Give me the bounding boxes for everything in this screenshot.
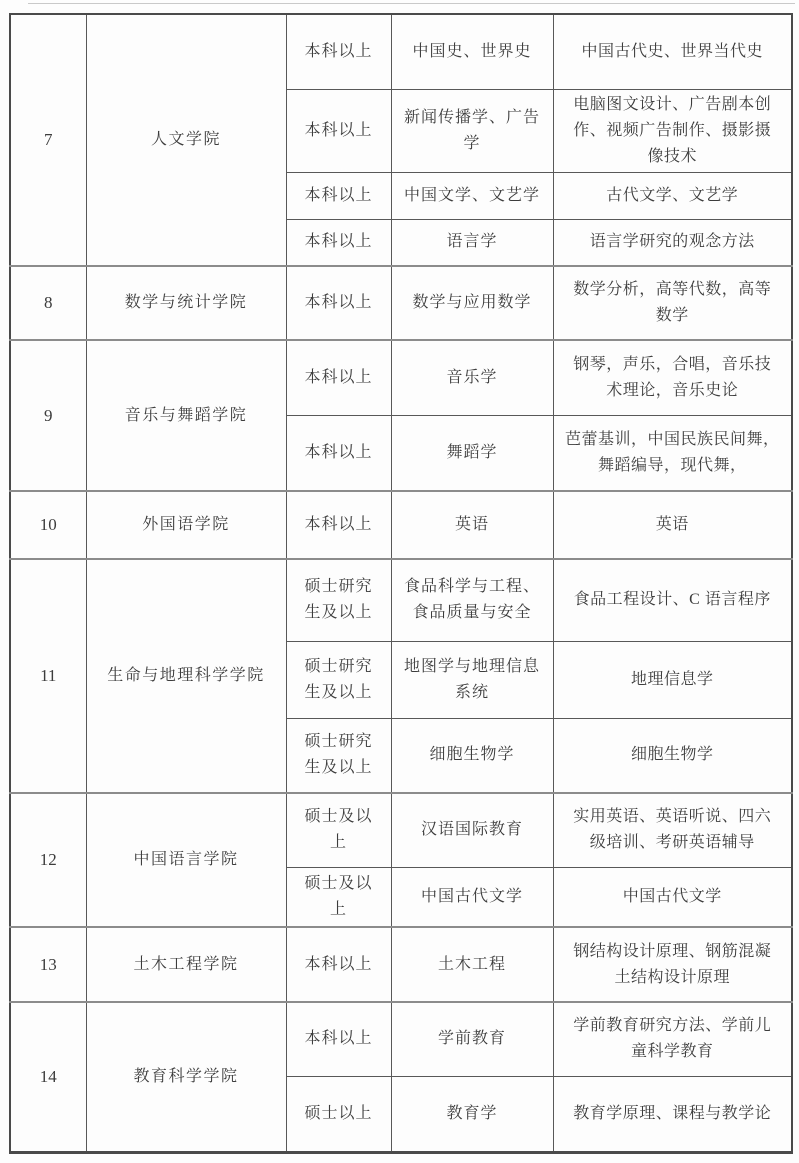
row-number-cell: 8 (10, 266, 86, 340)
major-cell: 汉语国际教育 (391, 793, 553, 867)
college-cell: 土木工程学院 (86, 927, 286, 1002)
college-cell: 外国语学院 (86, 491, 286, 559)
degree-cell: 本科以上 (286, 340, 391, 415)
courses-cell: 实用英语、英语听说、四六 级培训、考研英语辅导 (553, 793, 792, 867)
degree-cell: 本科以上 (286, 415, 391, 491)
degree-cell: 本科以上 (286, 172, 391, 219)
table-row: 9音乐与舞蹈学院本科以上音乐学钢琴，声乐，合唱，音乐技 术理论，音乐史论 (10, 340, 792, 415)
row-number-cell: 7 (10, 14, 86, 266)
courses-cell: 钢琴，声乐，合唱，音乐技 术理论，音乐史论 (553, 340, 792, 415)
row-number-cell: 13 (10, 927, 86, 1002)
courses-cell: 钢结构设计原理、钢筋混凝 土结构设计原理 (553, 927, 792, 1002)
courses-cell: 中国古代文学 (553, 867, 792, 927)
recruitment-table: 7人文学院本科以上中国史、世界史中国古代史、世界当代史本科以上新闻传播学、广告 … (9, 13, 793, 1154)
courses-cell: 中国古代史、世界当代史 (553, 14, 792, 89)
college-cell: 生命与地理科学学院 (86, 559, 286, 793)
major-cell: 音乐学 (391, 340, 553, 415)
degree-cell: 硕士研究 生及以上 (286, 718, 391, 793)
major-cell: 新闻传播学、广告 学 (391, 89, 553, 172)
degree-cell: 本科以上 (286, 89, 391, 172)
courses-cell: 食品工程设计、C 语言程序 (553, 559, 792, 641)
courses-cell: 电脑图文设计、广告剧本创 作、视频广告制作、摄影摄 像技术 (553, 89, 792, 172)
major-cell: 细胞生物学 (391, 718, 553, 793)
row-number-cell: 12 (10, 793, 86, 927)
degree-cell: 本科以上 (286, 491, 391, 559)
table-row: 14教育科学学院本科以上学前教育学前教育研究方法、学前儿 童科学教育 (10, 1002, 792, 1076)
college-cell: 中国语言学院 (86, 793, 286, 927)
college-cell: 数学与统计学院 (86, 266, 286, 340)
degree-cell: 本科以上 (286, 927, 391, 1002)
table-row: 12中国语言学院硕士及以 上汉语国际教育实用英语、英语听说、四六 级培训、考研英… (10, 793, 792, 867)
row-number-cell: 9 (10, 340, 86, 491)
table-row: 13土木工程学院本科以上土木工程钢结构设计原理、钢筋混凝 土结构设计原理 (10, 927, 792, 1002)
degree-cell: 本科以上 (286, 266, 391, 340)
courses-cell: 古代文学、文艺学 (553, 172, 792, 219)
major-cell: 中国文学、文艺学 (391, 172, 553, 219)
major-cell: 英语 (391, 491, 553, 559)
degree-cell: 本科以上 (286, 219, 391, 266)
table-row: 7人文学院本科以上中国史、世界史中国古代史、世界当代史 (10, 14, 792, 89)
major-cell: 食品科学与工程、 食品质量与安全 (391, 559, 553, 641)
table-row: 8数学与统计学院本科以上数学与应用数学数学分析，高等代数，高等 数学 (10, 266, 792, 340)
row-number-cell: 14 (10, 1002, 86, 1152)
row-number-cell: 10 (10, 491, 86, 559)
degree-cell: 硕士及以 上 (286, 793, 391, 867)
degree-cell: 硕士及以 上 (286, 867, 391, 927)
college-cell: 人文学院 (86, 14, 286, 266)
degree-cell: 硕士研究 生及以上 (286, 559, 391, 641)
degree-cell: 本科以上 (286, 1002, 391, 1076)
table-row: 11生命与地理科学学院硕士研究 生及以上食品科学与工程、 食品质量与安全食品工程… (10, 559, 792, 641)
degree-cell: 硕士以上 (286, 1076, 391, 1152)
courses-cell: 学前教育研究方法、学前儿 童科学教育 (553, 1002, 792, 1076)
degree-cell: 硕士研究 生及以上 (286, 641, 391, 718)
major-cell: 学前教育 (391, 1002, 553, 1076)
major-cell: 语言学 (391, 219, 553, 266)
previous-row-cut-rule (28, 3, 795, 4)
major-cell: 数学与应用数学 (391, 266, 553, 340)
major-cell: 土木工程 (391, 927, 553, 1002)
courses-cell: 芭蕾基训，中国民族民间舞， 舞蹈编导，现代舞， (553, 415, 792, 491)
degree-cell: 本科以上 (286, 14, 391, 89)
courses-cell: 语言学研究的观念方法 (553, 219, 792, 266)
major-cell: 舞蹈学 (391, 415, 553, 491)
table-body: 7人文学院本科以上中国史、世界史中国古代史、世界当代史本科以上新闻传播学、广告 … (10, 14, 792, 1152)
row-number-cell: 11 (10, 559, 86, 793)
major-cell: 中国史、世界史 (391, 14, 553, 89)
courses-cell: 教育学原理、课程与教学论 (553, 1076, 792, 1152)
courses-cell: 细胞生物学 (553, 718, 792, 793)
courses-cell: 地理信息学 (553, 641, 792, 718)
major-cell: 地图学与地理信息 系统 (391, 641, 553, 718)
document-page: 7人文学院本科以上中国史、世界史中国古代史、世界当代史本科以上新闻传播学、广告 … (0, 0, 799, 1163)
courses-cell: 英语 (553, 491, 792, 559)
major-cell: 中国古代文学 (391, 867, 553, 927)
major-cell: 教育学 (391, 1076, 553, 1152)
college-cell: 音乐与舞蹈学院 (86, 340, 286, 491)
college-cell: 教育科学学院 (86, 1002, 286, 1152)
courses-cell: 数学分析，高等代数，高等 数学 (553, 266, 792, 340)
table-row: 10外国语学院本科以上英语英语 (10, 491, 792, 559)
